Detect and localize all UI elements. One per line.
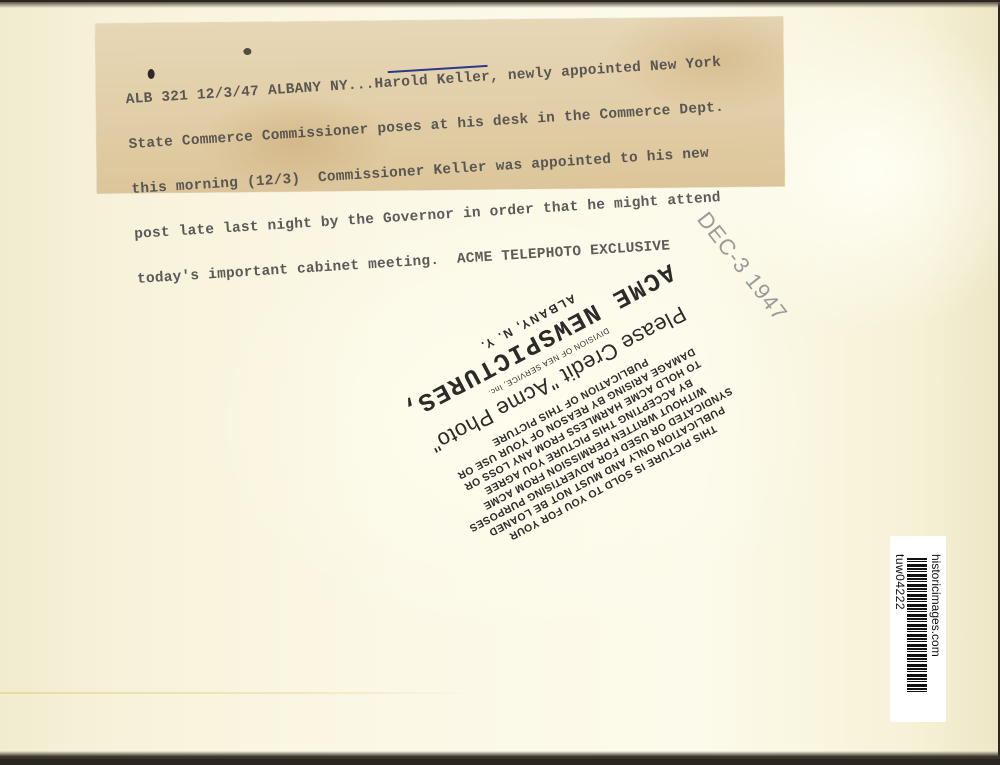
caption-slip: ALB 321 12/3/47 ALBANY NY...Harold Kelle…	[95, 16, 785, 193]
bottom-edge-shadow	[0, 751, 1000, 759]
ink-spot	[243, 48, 251, 55]
archive-item-id: tuw04222	[893, 554, 907, 610]
caption-line: post late last night by the Governor in …	[134, 187, 784, 243]
barcode-icon	[907, 558, 927, 692]
caption-line: State Commerce Commissioner poses at his…	[128, 97, 778, 153]
acme-credit-stamp: THIS PICTURE IS SOLD TO YOU FOR YOUR PUB…	[385, 247, 755, 557]
fold-crease	[0, 692, 480, 694]
top-edge-shadow	[0, 2, 1000, 8]
barcode-label: historicimages.com tuw04222	[890, 536, 946, 722]
caption-line: ALB 321 12/3/47 ALBANY NY...Harold Kelle…	[125, 52, 775, 108]
photo-back: ALB 321 12/3/47 ALBANY NY...Harold Kelle…	[0, 2, 998, 759]
caption-line: this morning (12/3) Commissioner Keller …	[131, 142, 781, 198]
archive-site: historicimages.com	[929, 554, 943, 657]
